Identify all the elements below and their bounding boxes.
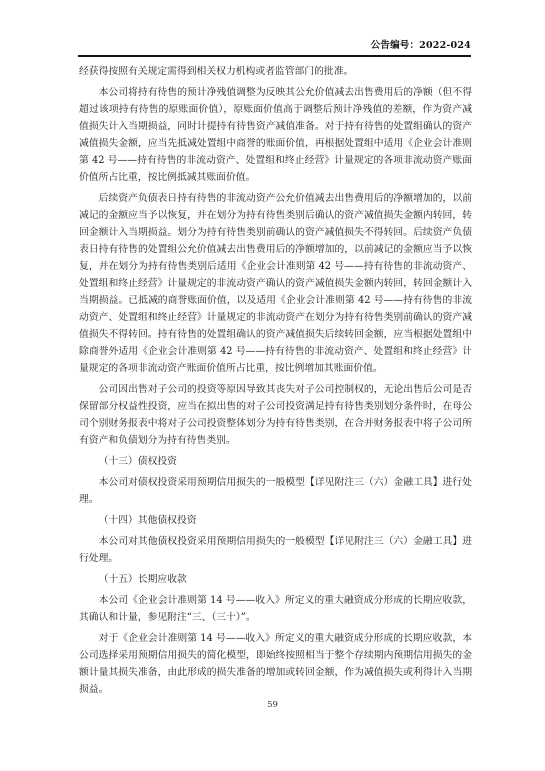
paragraph-held-for-sale-measurement: 本公司将持有待售的预计净残值调整为反映其公允价值减去出售费用后的净额（但不得超过… bbox=[79, 84, 472, 186]
paragraph-subsequent-balance-sheet-date: 后续资产负债表日持有待售的非流动资产公允价值减去出售费用后的净额增加的，以前减记… bbox=[79, 190, 472, 377]
document-page: 公告编号：2022-024 经获得按照有关规定需得到相关权力机构或者监管部门的批… bbox=[0, 0, 545, 771]
paragraph-debt-investment: 本公司对债权投资采用预期信用损失的一般模型【详见附注三（六）金融工具】进行处理。 bbox=[79, 474, 472, 508]
header-rule bbox=[78, 55, 471, 57]
announcement-number: 公告编号：2022-024 bbox=[371, 37, 471, 51]
paragraph-other-debt-investment: 本公司对其他债权投资采用预期信用损失的一般模型【详见附注三（六）金融工具】进行处… bbox=[79, 533, 472, 567]
paragraph-long-term-receivables-simplified-model: 对于《企业会计准则第 14 号——收入》所定义的重大融资成分形成的长期应收款，本… bbox=[79, 630, 472, 698]
page-number: 59 bbox=[0, 700, 545, 710]
section-heading-15-long-term-receivables: （十五）长期应收款 bbox=[79, 571, 472, 588]
paragraph-subsidiary-disposal: 公司因出售对子公司的投资等原因导致其丧失对子公司控制权的，无论出售后公司是否保留… bbox=[79, 381, 472, 449]
paragraph-long-term-receivables-recognition: 本公司《企业会计准则第 14 号——收入》所定义的重大融资成分形成的长期应收款，… bbox=[79, 592, 472, 626]
section-heading-14-other-debt-investment: （十四）其他债权投资 bbox=[79, 512, 472, 529]
section-heading-13-debt-investment: （十三）债权投资 bbox=[79, 453, 472, 470]
continuation-paragraph: 经获得按照有关规定需得到相关权力机构或者监管部门的批准。 bbox=[79, 63, 472, 80]
document-body: 经获得按照有关规定需得到相关权力机构或者监管部门的批准。 本公司将持有待售的预计… bbox=[79, 63, 472, 702]
